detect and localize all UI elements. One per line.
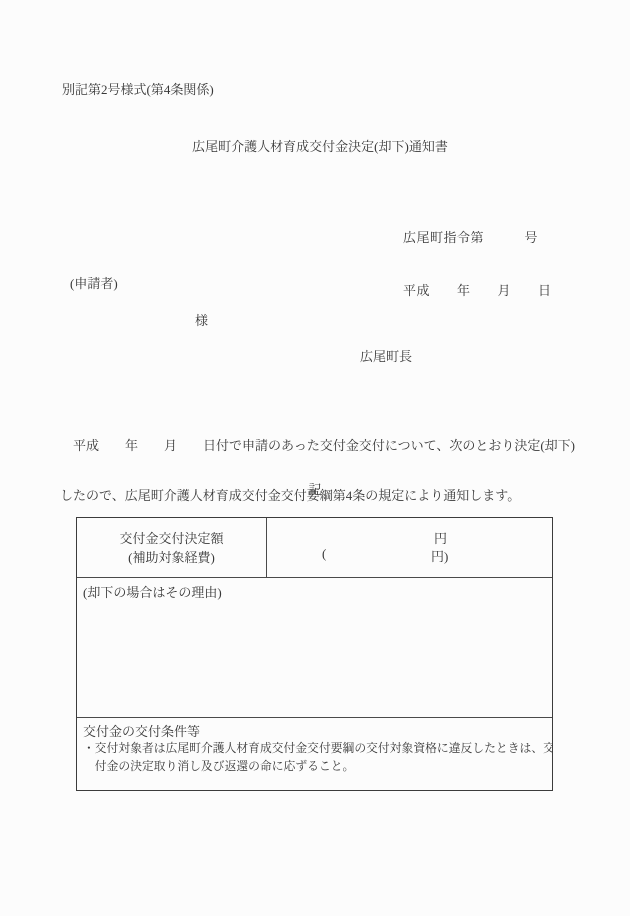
rejection-reason-row: (却下の場合はその理由) xyxy=(77,577,552,718)
document-title: 広尾町介護人材育成交付金決定(却下)通知書 xyxy=(0,139,630,155)
subsidy-target-expense-label: (補助対象経費) xyxy=(77,547,266,566)
open-paren: ( xyxy=(322,546,326,562)
issuer-mayor-name: 広尾町長 xyxy=(360,349,412,365)
yen-unit-line2: 円) xyxy=(431,546,448,565)
yen-unit-line1: 円 xyxy=(434,528,447,547)
grant-conditions-heading: 交付金の交付条件等 xyxy=(83,721,200,740)
reference-block: 広尾町指令第 号 平成 年 月 日 xyxy=(403,196,552,334)
directive-number-line: 広尾町指令第 号 xyxy=(403,227,552,249)
decision-table: 交付金交付決定額 (補助対象経費) 円 ( 円) (却下の場合はその理由) 交付… xyxy=(76,517,553,791)
decision-amount-value-cell xyxy=(266,518,552,577)
issue-date-line: 平成 年 月 日 xyxy=(403,280,552,302)
decision-amount-row: 交付金交付決定額 (補助対象経費) 円 ( 円) xyxy=(77,518,552,578)
decision-amount-label-cell: 交付金交付決定額 (補助対象経費) xyxy=(77,518,267,577)
grant-conditions-row: 交付金の交付条件等 ・交付対象者は広尾町介護人材育成交付金交付要綱の交付対象資格… xyxy=(77,717,552,790)
grant-conditions-line: ・交付対象者は広尾町介護人材育成交付金交付要綱の交付対象資格に違反したときは、交 xyxy=(83,739,552,756)
decision-amount-label: 交付金交付決定額 xyxy=(77,528,266,547)
applicant-label: (申請者) xyxy=(70,276,118,292)
document-page: 別記第2号様式(第4条関係) 広尾町介護人材育成交付金決定(却下)通知書 広尾町… xyxy=(0,0,630,916)
addressee-honorific: 様 xyxy=(195,313,208,329)
body-line: 平成 年 月 日付で申請のあった交付金交付について、次のとおり決定(却下) xyxy=(60,436,575,455)
rejection-reason-label: (却下の場合はその理由) xyxy=(83,582,222,601)
section-marker-ki: 記 xyxy=(0,482,630,498)
form-number: 別記第2号様式(第4条関係) xyxy=(62,82,214,98)
grant-conditions-line: 付金の決定取り消し及び返還の命に応ずること。 xyxy=(83,757,354,774)
